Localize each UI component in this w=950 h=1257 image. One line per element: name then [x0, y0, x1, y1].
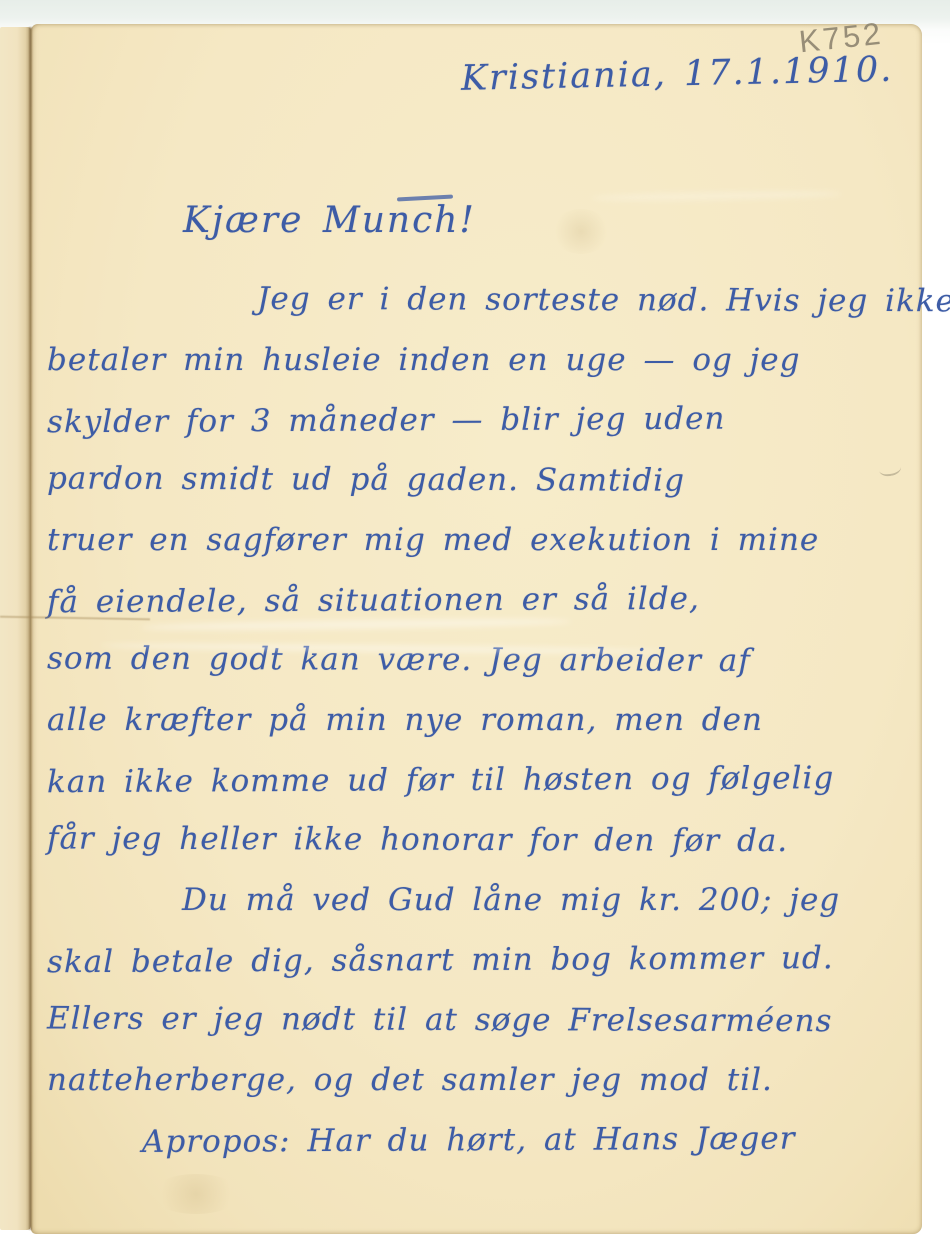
paper-wrinkle	[591, 190, 841, 202]
letter-line: får jeg heller ikke honorar for den før …	[47, 808, 908, 871]
paper-stain	[551, 209, 611, 254]
dateline: Kristiania, 17.1.1910.	[461, 49, 922, 99]
letter-line: Jeg er i den sorteste nød. Hvis jeg ikke	[257, 269, 908, 331]
letter-line: Du må ved Gud låne mig kr. 200; jeg	[182, 870, 908, 930]
letter-line: Ellers er jeg nødt til at søge Frelsesar…	[47, 988, 908, 1051]
letter-line: alle kræfter på min nye roman, men den	[47, 690, 908, 750]
left-page-edge	[0, 27, 31, 1230]
letter-line: betaler min husleie inden en uge — og je…	[47, 330, 908, 390]
salutation: Kjære Munch!	[183, 200, 476, 241]
letter-line: skal betale dig, såsnart min bog kommer …	[47, 928, 908, 993]
letter-line: Apropos: Har du hørt, at Hans Jæger	[142, 1108, 908, 1172]
fold-crease-vertical	[29, 27, 32, 1230]
letter-line: skylder for 3 måneder — blir jeg uden	[47, 388, 908, 453]
letter-line: pardon smidt ud på gaden. Samtidig	[47, 448, 908, 511]
letter-page: K752 Kristiania, 17.1.1910. Kjære Munch!…	[31, 24, 922, 1234]
letter-line: truer en sagfører mig med exekution i mi…	[47, 510, 908, 570]
letter-body: Jeg er i den sorteste nød. Hvis jeg ikke…	[47, 270, 908, 1170]
paper-stain	[151, 1174, 241, 1214]
letter-line: natteherberge, og det samler jeg mod til…	[47, 1050, 908, 1110]
scan-background: K752 Kristiania, 17.1.1910. Kjære Munch!…	[0, 0, 950, 1257]
letter-line: kan ikke komme ud før til høsten og følg…	[47, 748, 908, 813]
letter-line: som den godt kan være. Jeg arbeider af	[47, 628, 908, 691]
